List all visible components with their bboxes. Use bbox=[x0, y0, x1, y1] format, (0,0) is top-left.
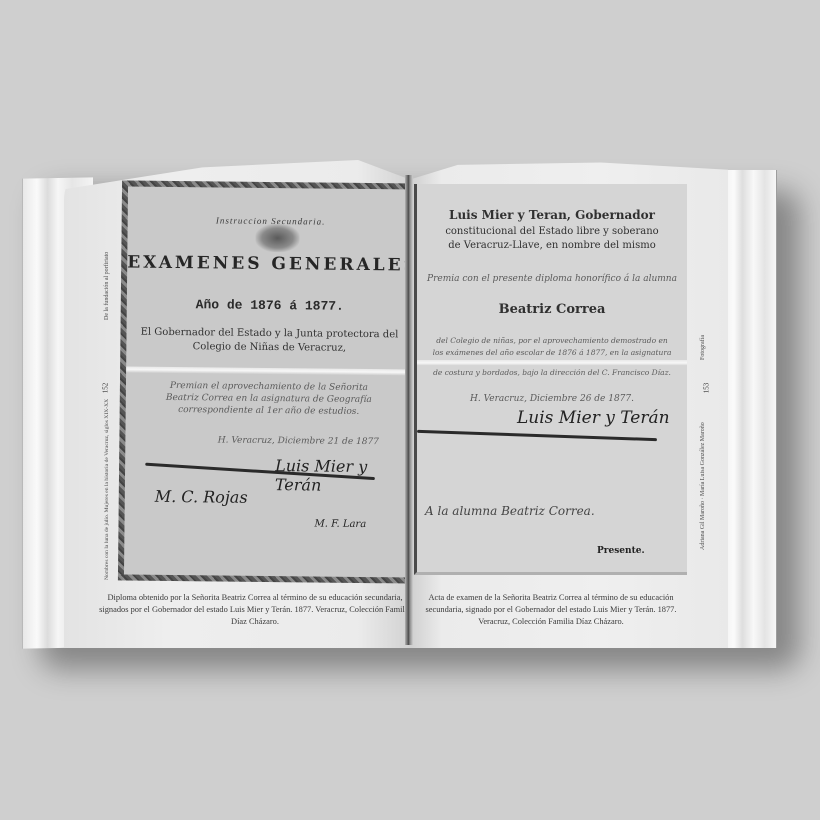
right-page-stack bbox=[720, 170, 777, 648]
doc-heading-line-1: Luis Mier y Teran, Gobernador bbox=[417, 208, 687, 222]
doc-heading-line-2: constitucional del Estado libre y sobera… bbox=[417, 226, 687, 237]
student-name: Beatriz Correa bbox=[417, 302, 687, 317]
left-page-number: 152 bbox=[101, 383, 109, 394]
left-running-head-book: Nombres con la luna de julio. Mujeres en… bbox=[104, 399, 110, 580]
left-running-head-section: De la fundación al porfiriato bbox=[104, 252, 110, 320]
doc-script-line-1: Premian el aprovechamiento de la Señorit… bbox=[126, 381, 412, 394]
footer-word: Presente. bbox=[597, 546, 645, 556]
book-photo-scene: De la fundación al porfiriato 152 Nombre… bbox=[0, 0, 820, 820]
right-page-number: 153 bbox=[702, 383, 710, 394]
addressee: A la alumna Beatriz Correa. bbox=[425, 504, 595, 518]
doc-year: Año de 1876 á 1877. bbox=[127, 297, 413, 315]
doc-body-line-3: de costura y bordados, bajo la dirección… bbox=[417, 368, 687, 377]
doc-body-line-2: Colegio de Niñas de Veracruz, bbox=[126, 341, 412, 355]
doc-heading-line-3: de Veracruz-Llave, en nombre del mismo bbox=[417, 240, 687, 251]
left-caption: Diploma obtenido por la Señorita Beatriz… bbox=[96, 592, 414, 628]
signature-flourish bbox=[417, 430, 657, 441]
signature-governor: Luis Mier y Terán bbox=[517, 408, 670, 428]
right-running-head-section: Fotografía bbox=[700, 335, 706, 360]
paper-fold bbox=[126, 367, 412, 376]
diploma-photo-right: Luis Mier y Teran, Gobernador constituci… bbox=[414, 184, 687, 575]
signature-president: M. C. Rojas bbox=[155, 487, 248, 507]
doc-body-line-1: del Colegio de niñas, por el aprovechami… bbox=[417, 336, 687, 345]
signature-secretary: M. F. Lara bbox=[314, 518, 366, 530]
emblem-icon bbox=[255, 224, 299, 252]
paper-fold bbox=[417, 360, 687, 366]
book-gutter bbox=[405, 175, 413, 645]
doc-date: H. Veracruz, Diciembre 26 de 1877. bbox=[417, 394, 687, 404]
doc-body-line-2: los exámenes del año escolar de 1876 á 1… bbox=[417, 348, 687, 357]
doc-body-line-1: El Gobernador del Estado y la Junta prot… bbox=[126, 327, 412, 341]
doc-script-line-2: Beatriz Correa en la asignatura de Geogr… bbox=[126, 393, 412, 406]
doc-date: H. Veracruz, Diciembre 21 de 1877 bbox=[185, 435, 411, 447]
doc-title: EXAMENES GENERALES. bbox=[127, 253, 413, 276]
doc-script-line-3: correspondiente al 1er año de estudios. bbox=[126, 405, 412, 418]
diploma-photo-left: Instruccion Secundaria. EXAMENES GENERAL… bbox=[118, 180, 420, 583]
right-caption: Acta de examen de la Señorita Beatriz Co… bbox=[412, 592, 690, 628]
doc-script-line: Premia con el presente diploma honorífic… bbox=[417, 274, 687, 284]
right-running-head-authors: Adriana Gil Maroño · María Luisa Gonzále… bbox=[700, 422, 706, 550]
